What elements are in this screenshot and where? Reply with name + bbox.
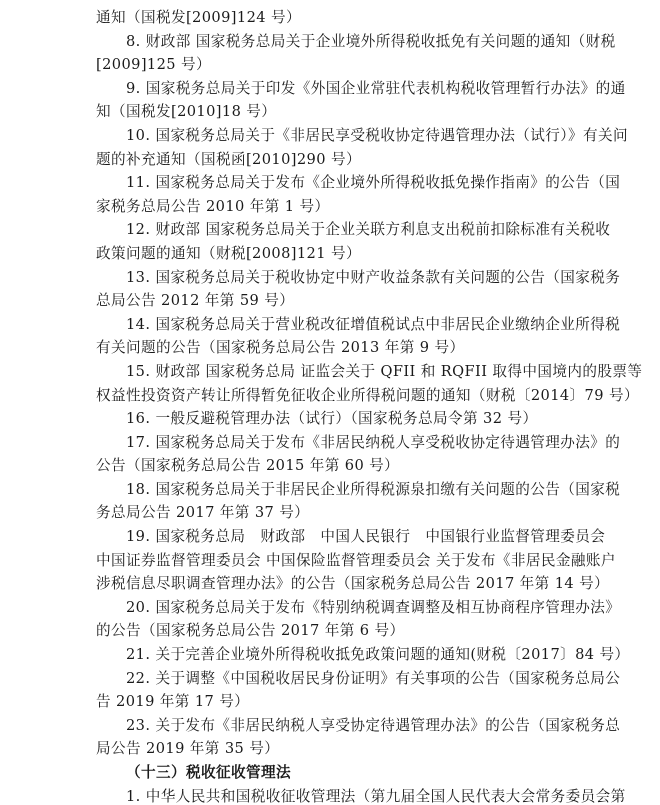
text-line: 9. 国家税务总局关于印发《外国企业常驻代表机构税收管理暂行办法》的通 xyxy=(96,77,570,101)
text-line: 的公告（国家税务总局公告 2017 年第 6 号） xyxy=(96,619,570,643)
text-line: 告 2019 年第 17 号） xyxy=(96,690,570,714)
text-line: 20. 国家税务总局关于发布《特别纳税调查调整及相互协商程序管理办法》 xyxy=(96,596,570,620)
text-line: 政策问题的通知（财税[2008]121 号） xyxy=(96,242,570,266)
list-item-15: 15. 财政部 国家税务总局 证监会关于 QFII 和 RQFII 取得中国境内… xyxy=(96,360,570,407)
document-page: 通知（国税发[2009]124 号） 8. 财政部 国家税务总局关于企业境外所得… xyxy=(96,6,570,805)
text-line: 权益性投资资产转让所得暂免征收企业所得税问题的通知（财税〔2014〕79 号） xyxy=(96,384,570,408)
list-item-19: 19. 国家税务总局 财政部 中国人民银行 中国银行业监督管理委员会 中国证券监… xyxy=(96,525,570,596)
section-heading: （十三）税收征收管理法 xyxy=(96,761,570,785)
list-item-14: 14. 国家税务总局关于营业税改征增值税试点中非居民企业缴纳企业所得税 有关问题… xyxy=(96,313,570,360)
list-item-17: 17. 国家税务总局关于发布《非居民纳税人享受税收协定待遇管理办法》的 公告（国… xyxy=(96,431,570,478)
text-line: 22. 关于调整《中国税收居民身份证明》有关事项的公告（国家税务总局公 xyxy=(96,667,570,691)
text-line: 14. 国家税务总局关于营业税改征增值税试点中非居民企业缴纳企业所得税 xyxy=(96,313,570,337)
text-line: 涉税信息尽职调查管理办法》的公告（国家税务总局公告 2017 年第 14 号） xyxy=(96,572,570,596)
text-line: 18. 国家税务总局关于非居民企业所得税源泉扣缴有关问题的公告（国家税 xyxy=(96,478,570,502)
text-line: [2009]125 号） xyxy=(96,53,570,77)
text-line: 知（国税发[2010]18 号） xyxy=(96,100,570,124)
list-item-13: 13. 国家税务总局关于税收协定中财产收益条款有关问题的公告（国家税务 总局公告… xyxy=(96,266,570,313)
text-line: 8. 财政部 国家税务总局关于企业境外所得税收抵免有关问题的通知（财税 xyxy=(96,30,570,54)
list-item-21: 21. 关于完善企业境外所得税收抵免政策问题的通知(财税〔2017〕84 号） xyxy=(96,643,570,667)
list-item-20: 20. 国家税务总局关于发布《特别纳税调查调整及相互协商程序管理办法》 的公告（… xyxy=(96,596,570,643)
text-line: 有关问题的公告（国家税务总局公告 2013 年第 9 号） xyxy=(96,336,570,360)
list-item-9: 9. 国家税务总局关于印发《外国企业常驻代表机构税收管理暂行办法》的通 知（国税… xyxy=(96,77,570,124)
text-line: 务总局公告 2017 年第 37 号） xyxy=(96,501,570,525)
text-line: 11. 国家税务总局关于发布《企业境外所得税收抵免操作指南》的公告（国 xyxy=(96,171,570,195)
list-item-10: 10. 国家税务总局关于《非居民享受税收协定待遇管理办法（试行）》有关问 题的补… xyxy=(96,124,570,171)
text-line: 15. 财政部 国家税务总局 证监会关于 QFII 和 RQFII 取得中国境内… xyxy=(96,360,570,384)
list-item-22: 22. 关于调整《中国税收居民身份证明》有关事项的公告（国家税务总局公 告 20… xyxy=(96,667,570,714)
text-line: 17. 国家税务总局关于发布《非居民纳税人享受税收协定待遇管理办法》的 xyxy=(96,431,570,455)
text-line: 题的补充通知（国税函[2010]290 号） xyxy=(96,148,570,172)
list-item-23: 23. 关于发布《非居民纳税人享受协定待遇管理办法》的公告（国家税务总 局公告 … xyxy=(96,714,570,761)
list-item-continuation: 通知（国税发[2009]124 号） xyxy=(96,6,570,30)
list-item-16: 16. 一般反避税管理办法（试行）（国家税务总局令第 32 号） xyxy=(96,407,570,431)
text-line: 16. 一般反避税管理办法（试行）（国家税务总局令第 32 号） xyxy=(96,407,570,431)
list-item-12: 12. 财政部 国家税务总局关于企业关联方利息支出税前扣除标准有关税收 政策问题… xyxy=(96,218,570,265)
text-line: 总局公告 2012 年第 59 号） xyxy=(96,289,570,313)
text-line: 10. 国家税务总局关于《非居民享受税收协定待遇管理办法（试行）》有关问 xyxy=(96,124,570,148)
list-item-8: 8. 财政部 国家税务总局关于企业境外所得税收抵免有关问题的通知（财税 [200… xyxy=(96,30,570,77)
list-item-18: 18. 国家税务总局关于非居民企业所得税源泉扣缴有关问题的公告（国家税 务总局公… xyxy=(96,478,570,525)
text-line: 通知（国税发[2009]124 号） xyxy=(96,6,570,30)
text-line: 局公告 2019 年第 35 号） xyxy=(96,737,570,761)
text-line: 13. 国家税务总局关于税收协定中财产收益条款有关问题的公告（国家税务 xyxy=(96,266,570,290)
text-line: 12. 财政部 国家税务总局关于企业关联方利息支出税前扣除标准有关税收 xyxy=(96,218,570,242)
text-line: 23. 关于发布《非居民纳税人享受协定待遇管理办法》的公告（国家税务总 xyxy=(96,714,570,738)
list-item-11: 11. 国家税务总局关于发布《企业境外所得税收抵免操作指南》的公告（国 家税务总… xyxy=(96,171,570,218)
text-line: 家税务总局公告 2010 年第 1 号） xyxy=(96,195,570,219)
text-line: 21. 关于完善企业境外所得税收抵免政策问题的通知(财税〔2017〕84 号） xyxy=(96,643,570,667)
section-list-item-1: 1. 中华人民共和国税收征收管理法（第九届全国人民代表大会常务委员会第 xyxy=(96,785,570,805)
text-line: 中国证券监督管理委员会 中国保险监督管理委员会 关于发布《非居民金融账户 xyxy=(96,549,570,573)
text-line: 19. 国家税务总局 财政部 中国人民银行 中国银行业监督管理委员会 xyxy=(96,525,570,549)
text-line: 公告（国家税务总局公告 2015 年第 60 号） xyxy=(96,454,570,478)
text-line: 1. 中华人民共和国税收征收管理法（第九届全国人民代表大会常务委员会第 xyxy=(96,785,570,805)
